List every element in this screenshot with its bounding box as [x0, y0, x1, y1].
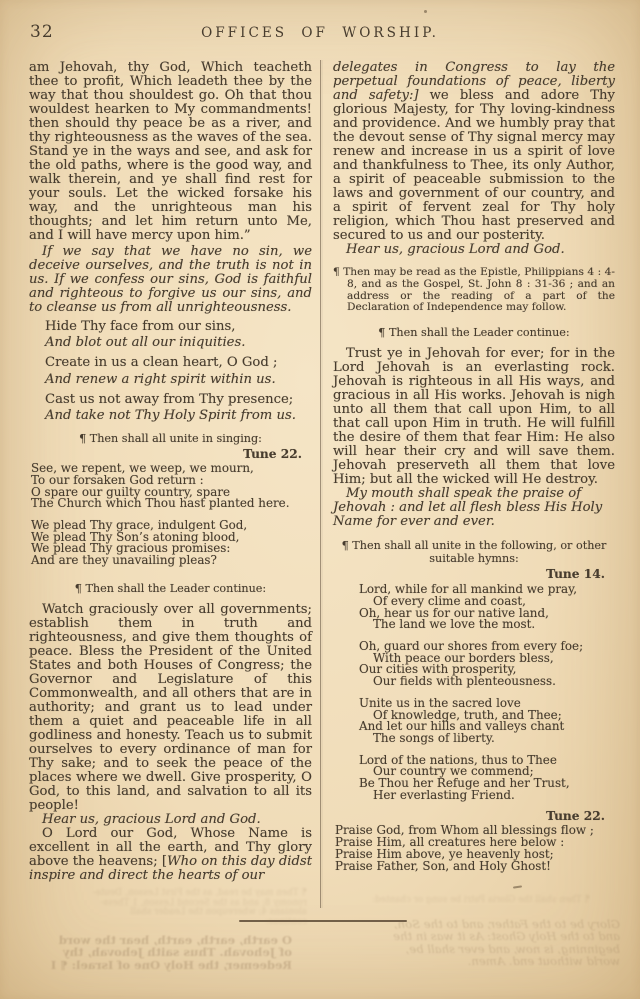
- column-left: am Jehovah, thy God, Which teacheth thee…: [29, 61, 312, 883]
- tune-label-22: Tune 22.: [29, 447, 312, 461]
- hymn-line: The land we love the most.: [359, 619, 615, 631]
- rubric-unite-hymns: ¶ Then shall all unite in the following,…: [333, 539, 615, 565]
- bleedthrough-line: and to the Holy Ghost: As it was in the: [395, 930, 620, 942]
- bleedthrough-line: of Jehovah. Thus saith Jehovah, thy: [32, 946, 292, 958]
- bleedthrough-line: Redeemer, the Holy One of Israel: ¶ I: [32, 959, 292, 971]
- bleedthrough-line: world without end. Amen.: [395, 955, 620, 967]
- paragraph-continuation: delegates in Congress to lay the perpetu…: [333, 61, 615, 243]
- response-line: Hear us, gracious Lord and God.: [29, 813, 312, 827]
- hymn-line: Praise Father, Son, and Holy Ghost!: [335, 861, 615, 873]
- versicle-line: Hide Thy face from our sins,: [29, 319, 312, 335]
- column-right: delegates in Congress to lay the perpetu…: [333, 61, 615, 872]
- paragraph-scripture-italic: If we say that we have no sin, we deceiv…: [29, 245, 312, 315]
- rubric-epistle-gospel: ¶ Then may be read as the Epistle, Phili…: [333, 267, 615, 314]
- hymn-stanza-a: Lord, while for all mankind we pray,Of e…: [333, 584, 615, 631]
- hymn-stanza-c: Unite us in the sacred loveOf knowledge,…: [333, 698, 615, 745]
- paragraph-roman-part: we bless and adore Thy glorious Majesty,…: [333, 88, 615, 243]
- bleedthrough-line: continue:: [92, 918, 307, 928]
- doxology-stanza: Praise God, from Whom all blessings flow…: [333, 825, 615, 872]
- tune-label-22: Tune 22.: [333, 809, 615, 823]
- paragraph-trust-jehovah: Trust ye in Jehovah for ever; for in the…: [333, 347, 615, 487]
- versicle-line: Create in us a clean heart, O God ;: [29, 355, 312, 371]
- bleedthrough-text-right: Glory be to the Father, and to the Son,a…: [395, 918, 620, 968]
- versicle-line: And take not Thy Holy Spirit from us.: [29, 408, 312, 424]
- bleedthrough-text-small-left: ¶ Then may be read, as the First Lesson,…: [92, 889, 307, 927]
- versicle-line: And renew a right spirit within us.: [29, 372, 312, 388]
- running-header: OFFICES OF WORSHIP.: [0, 25, 640, 41]
- hymn-stanza-2: We plead Thy grace, indulgent God,We ple…: [29, 520, 312, 567]
- ink-speck: [513, 885, 522, 888]
- bleedthrough-text-small-right: ¶ Then shall the Gloria Patri be sung or…: [340, 896, 590, 906]
- versicle-line: Cast us not away from Thy presence;: [29, 392, 312, 408]
- versicle-group: Hide Thy face from our sins,And blot out…: [29, 319, 312, 424]
- hymn-line: The songs of liberty.: [359, 733, 615, 745]
- ink-speck: [424, 10, 427, 13]
- response-line-italic: My mouth shall speak the praise of Jehov…: [333, 487, 615, 529]
- paragraph-o-lord: O Lord our God, Whose Name is excellent …: [29, 827, 312, 883]
- bleedthrough-line: ¶ Then shall the Gloria Patri be sung or…: [340, 896, 590, 906]
- hymn-line: Our fields with plenteousness.: [359, 676, 615, 688]
- versicle-line: And blot out all our iniquities.: [29, 335, 312, 351]
- rubric-leader-continue: ¶ Then shall the Leader continue:: [333, 326, 615, 339]
- hymn-stanza-d: Lord of the nations, thus to TheeOur cou…: [333, 755, 615, 802]
- paragraph-continued: am Jehovah, thy God, Which teacheth thee…: [29, 61, 312, 243]
- rubric-unite-singing: ¶ Then shall all unite in singing:: [29, 432, 312, 445]
- response-line: Hear us, gracious Lord and God.: [333, 243, 615, 257]
- hymn-line: The Church which Thou hast planted here.: [31, 498, 312, 510]
- bleedthrough-text-left: O earth, earth, earth, hear the wordof J…: [32, 934, 292, 971]
- hymn-stanza-1: See, we repent, we weep, we mourn,To our…: [29, 463, 312, 510]
- paragraph-watch-graciously: Watch graciously over all governments; e…: [29, 603, 312, 813]
- hymn-line: Her everlasting Friend.: [359, 790, 615, 802]
- rubric-leader-continue: ¶ Then shall the Leader continue:: [29, 582, 312, 595]
- hymn-stanza-b: Oh, guard our shores from every foe;With…: [333, 641, 615, 688]
- column-divider-rule: [320, 60, 321, 908]
- tune-label-14: Tune 14.: [333, 567, 615, 581]
- hymn-line: And are they unavailing pleas?: [31, 555, 312, 567]
